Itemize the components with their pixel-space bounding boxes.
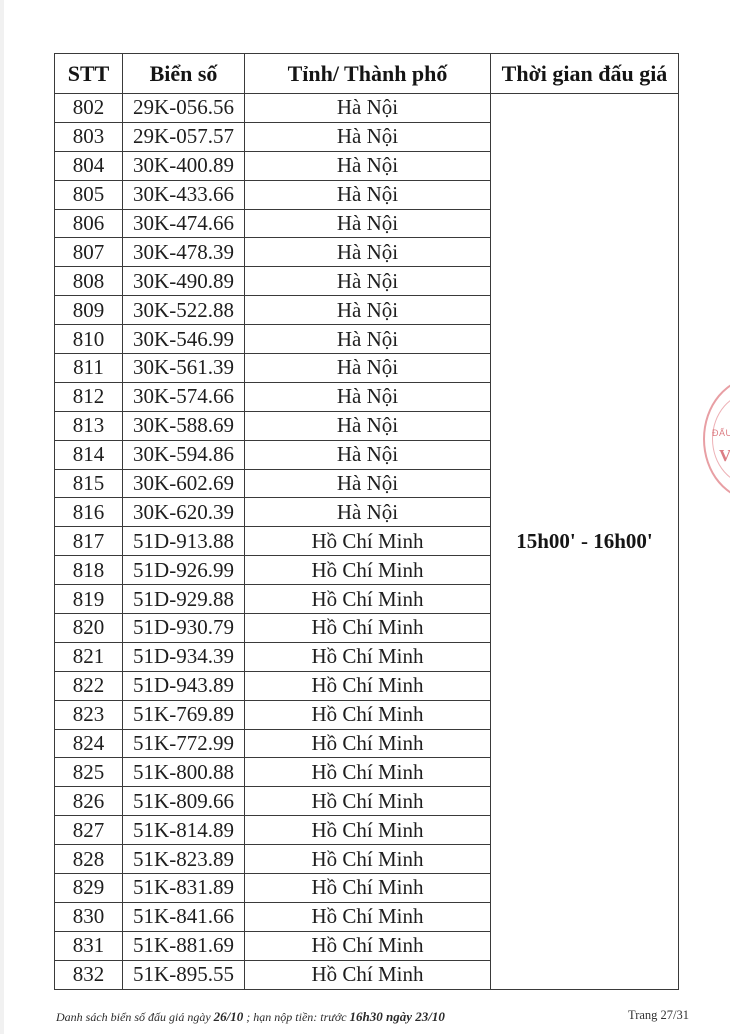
cell-plate: 30K-574.66 (123, 382, 245, 411)
cell-stt: 814 (55, 440, 123, 469)
cell-plate: 51D-934.39 (123, 642, 245, 671)
cell-province: Hồ Chí Minh (245, 642, 491, 671)
cell-stt: 808 (55, 267, 123, 296)
cell-stt: 804 (55, 151, 123, 180)
cell-plate: 29K-056.56 (123, 94, 245, 123)
cell-plate: 30K-433.66 (123, 180, 245, 209)
cell-province: Hà Nội (245, 325, 491, 354)
cell-stt: 819 (55, 585, 123, 614)
cell-auction-time: 15h00' - 16h00' (491, 94, 679, 990)
cell-stt: 816 (55, 498, 123, 527)
cell-plate: 51K-809.66 (123, 787, 245, 816)
cell-province: Hồ Chí Minh (245, 902, 491, 931)
cell-stt: 827 (55, 816, 123, 845)
cell-province: Hồ Chí Minh (245, 700, 491, 729)
cell-plate: 30K-602.69 (123, 469, 245, 498)
cell-province: Hà Nội (245, 382, 491, 411)
footer-deadline: 16h30 ngày 23/10 (350, 1009, 445, 1024)
cell-plate: 30K-474.66 (123, 209, 245, 238)
footer-middle: ; hạn nộp tiền: trước (243, 1010, 349, 1024)
header-auction-time: Thời gian đấu giá (491, 54, 679, 94)
footer-note: Danh sách biển số đấu giá ngày 26/10 ; h… (56, 1009, 445, 1025)
cell-province: Hồ Chí Minh (245, 585, 491, 614)
cell-stt: 828 (55, 845, 123, 874)
cell-plate: 29K-057.57 (123, 122, 245, 151)
cell-plate: 30K-490.89 (123, 267, 245, 296)
cell-province: Hà Nội (245, 296, 491, 325)
cell-stt: 810 (55, 325, 123, 354)
cell-province: Hồ Chí Minh (245, 931, 491, 960)
cell-province: Hồ Chí Minh (245, 527, 491, 556)
cell-plate: 51K-814.89 (123, 816, 245, 845)
cell-stt: 832 (55, 960, 123, 989)
cell-plate: 51D-913.88 (123, 527, 245, 556)
cell-plate: 30K-522.88 (123, 296, 245, 325)
cell-plate: 51D-929.88 (123, 585, 245, 614)
cell-plate: 30K-588.69 (123, 411, 245, 440)
seal-text: ĐẤU (712, 428, 730, 438)
cell-province: Hà Nội (245, 267, 491, 296)
cell-province: Hà Nội (245, 180, 491, 209)
cell-province: Hồ Chí Minh (245, 874, 491, 903)
cell-province: Hồ Chí Minh (245, 816, 491, 845)
cell-plate: 30K-546.99 (123, 325, 245, 354)
page-number: Trang 27/31 (628, 1008, 689, 1023)
cell-plate: 51K-769.89 (123, 700, 245, 729)
cell-stt: 826 (55, 787, 123, 816)
table-header-row: STT Biển số Tỉnh/ Thành phố Thời gian đấ… (55, 54, 679, 94)
header-stt: STT (55, 54, 123, 94)
cell-stt: 818 (55, 556, 123, 585)
cell-province: Hồ Chí Minh (245, 729, 491, 758)
cell-stt: 806 (55, 209, 123, 238)
cell-plate: 30K-478.39 (123, 238, 245, 267)
seal-letter: V (719, 446, 730, 466)
cell-plate: 51K-881.69 (123, 931, 245, 960)
table-row: 80229K-056.56Hà Nội15h00' - 16h00' (55, 94, 679, 123)
cell-plate: 51D-943.89 (123, 671, 245, 700)
cell-plate: 30K-620.39 (123, 498, 245, 527)
cell-province: Hà Nội (245, 209, 491, 238)
cell-province: Hồ Chí Minh (245, 758, 491, 787)
cell-plate: 30K-594.86 (123, 440, 245, 469)
cell-plate: 30K-400.89 (123, 151, 245, 180)
cell-plate: 51K-831.89 (123, 874, 245, 903)
cell-province: Hà Nội (245, 469, 491, 498)
cell-stt: 830 (55, 902, 123, 931)
cell-province: Hồ Chí Minh (245, 787, 491, 816)
cell-stt: 811 (55, 354, 123, 383)
plate-auction-table: STT Biển số Tỉnh/ Thành phố Thời gian đấ… (54, 53, 679, 990)
cell-province: Hồ Chí Minh (245, 614, 491, 643)
cell-stt: 807 (55, 238, 123, 267)
cell-stt: 829 (55, 874, 123, 903)
cell-plate: 51K-841.66 (123, 902, 245, 931)
header-plate: Biển số (123, 54, 245, 94)
footer-prefix: Danh sách biển số đấu giá ngày (56, 1010, 214, 1024)
cell-plate: 51D-926.99 (123, 556, 245, 585)
cell-stt: 805 (55, 180, 123, 209)
cell-province: Hồ Chí Minh (245, 960, 491, 989)
cell-plate: 51K-823.89 (123, 845, 245, 874)
cell-stt: 815 (55, 469, 123, 498)
cell-province: Hà Nội (245, 238, 491, 267)
cell-stt: 831 (55, 931, 123, 960)
cell-province: Hà Nội (245, 94, 491, 123)
table-body: 80229K-056.56Hà Nội15h00' - 16h00'80329K… (55, 94, 679, 990)
cell-province: Hà Nội (245, 411, 491, 440)
cell-province: Hà Nội (245, 151, 491, 180)
cell-province: Hà Nội (245, 122, 491, 151)
cell-stt: 817 (55, 527, 123, 556)
cell-province: Hồ Chí Minh (245, 556, 491, 585)
footer-auction-date: 26/10 (214, 1009, 244, 1024)
cell-stt: 824 (55, 729, 123, 758)
cell-stt: 822 (55, 671, 123, 700)
cell-province: Hà Nội (245, 440, 491, 469)
cell-plate: 51D-930.79 (123, 614, 245, 643)
cell-plate: 30K-561.39 (123, 354, 245, 383)
cell-province: Hồ Chí Minh (245, 845, 491, 874)
cell-stt: 803 (55, 122, 123, 151)
cell-province: Hà Nội (245, 354, 491, 383)
cell-stt: 825 (55, 758, 123, 787)
cell-plate: 51K-800.88 (123, 758, 245, 787)
cell-province: Hồ Chí Minh (245, 671, 491, 700)
cell-province: Hà Nội (245, 498, 491, 527)
cell-stt: 809 (55, 296, 123, 325)
cell-stt: 812 (55, 382, 123, 411)
header-province: Tỉnh/ Thành phố (245, 54, 491, 94)
cell-stt: 823 (55, 700, 123, 729)
cell-stt: 820 (55, 614, 123, 643)
cell-stt: 821 (55, 642, 123, 671)
cell-stt: 813 (55, 411, 123, 440)
scan-edge (0, 0, 4, 1034)
cell-plate: 51K-772.99 (123, 729, 245, 758)
cell-stt: 802 (55, 94, 123, 123)
cell-plate: 51K-895.55 (123, 960, 245, 989)
